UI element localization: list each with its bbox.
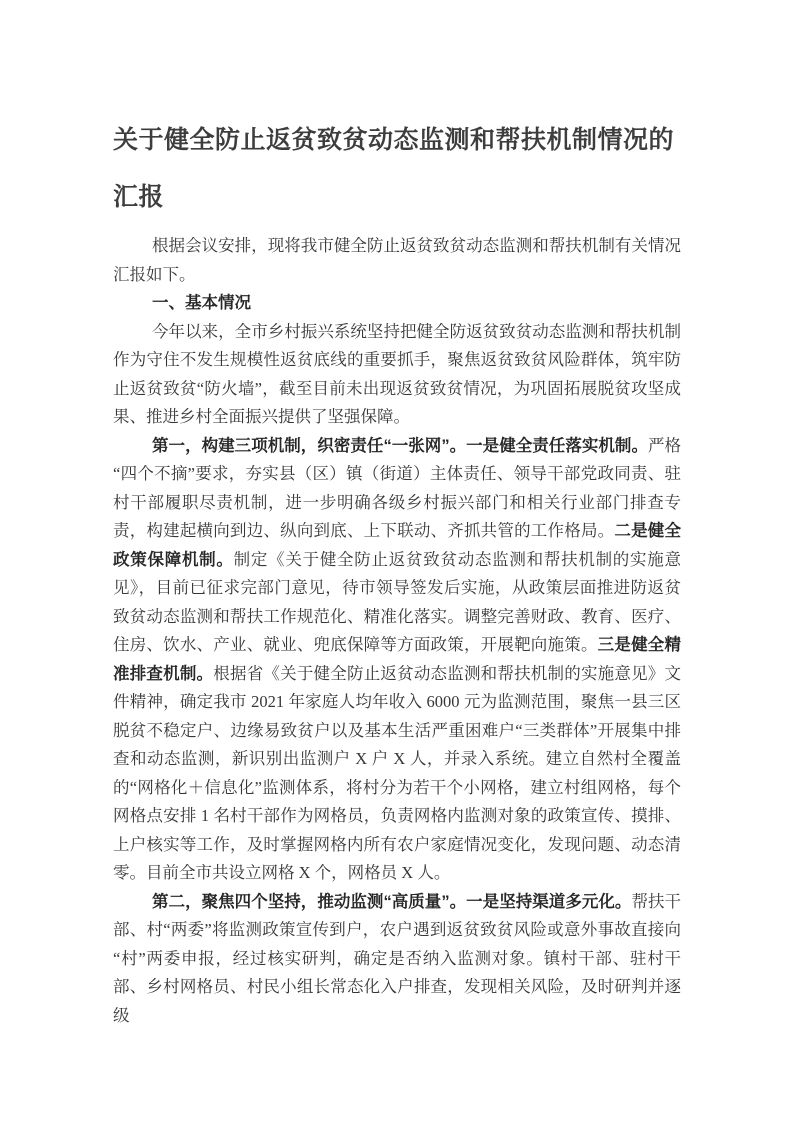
text-run: 帮扶干部、村“两委”将监测政策宣传到户，农户遇到返贫致贫风险或意外事故直接向“村…: [113, 892, 681, 1025]
text-run: 根据会议安排，现将我市健全防止返贫致贫动态监测和帮扶机制有关情况汇报如下。: [113, 236, 681, 284]
paragraph: 第二，聚焦四个坚持，推动监测“高质量”。一是坚持渠道多元化。帮扶干部、村“两委”…: [113, 888, 681, 1031]
document-body: 根据会议安排，现将我市健全防止返贫致贫动态监测和帮扶机制有关情况汇报如下。一、基…: [113, 232, 681, 1030]
paragraph: 第一，构建三项机制，织密责任“一张网”。一是健全责任落实机制。严格“四个不摘”要…: [113, 432, 681, 888]
paragraph: 今年以来，全市乡村振兴系统坚持把健全防返贫致贫动态监测和帮扶机制作为守住不发生规…: [113, 318, 681, 432]
text-run: 今年以来，全市乡村振兴系统坚持把健全防返贫致贫动态监测和帮扶机制作为守住不发生规…: [113, 322, 681, 427]
paragraph: 根据会议安排，现将我市健全防止返贫致贫动态监测和帮扶机制有关情况汇报如下。: [113, 232, 681, 289]
document-page: 关于健全防止返贫致贫动态监测和帮扶机制情况的汇报 根据会议安排，现将我市健全防止…: [0, 0, 794, 1122]
text-run: 第二，聚焦四个坚持，推动监测“高质量”。一是坚持渠道多元化。: [152, 893, 631, 911]
text-run: 第一，构建三项机制，织密责任“一张网”。一是健全责任落实机制。: [152, 437, 648, 455]
text-run: 一、基本情况: [152, 294, 251, 312]
text-run: 根据省《关于健全防止返贫动态监测和帮扶机制的实施意见》文件精神，确定我市 202…: [113, 664, 681, 883]
document-title: 关于健全防止返贫致贫动态监测和帮扶机制情况的汇报: [113, 112, 681, 226]
section-heading: 一、基本情况: [113, 289, 681, 318]
